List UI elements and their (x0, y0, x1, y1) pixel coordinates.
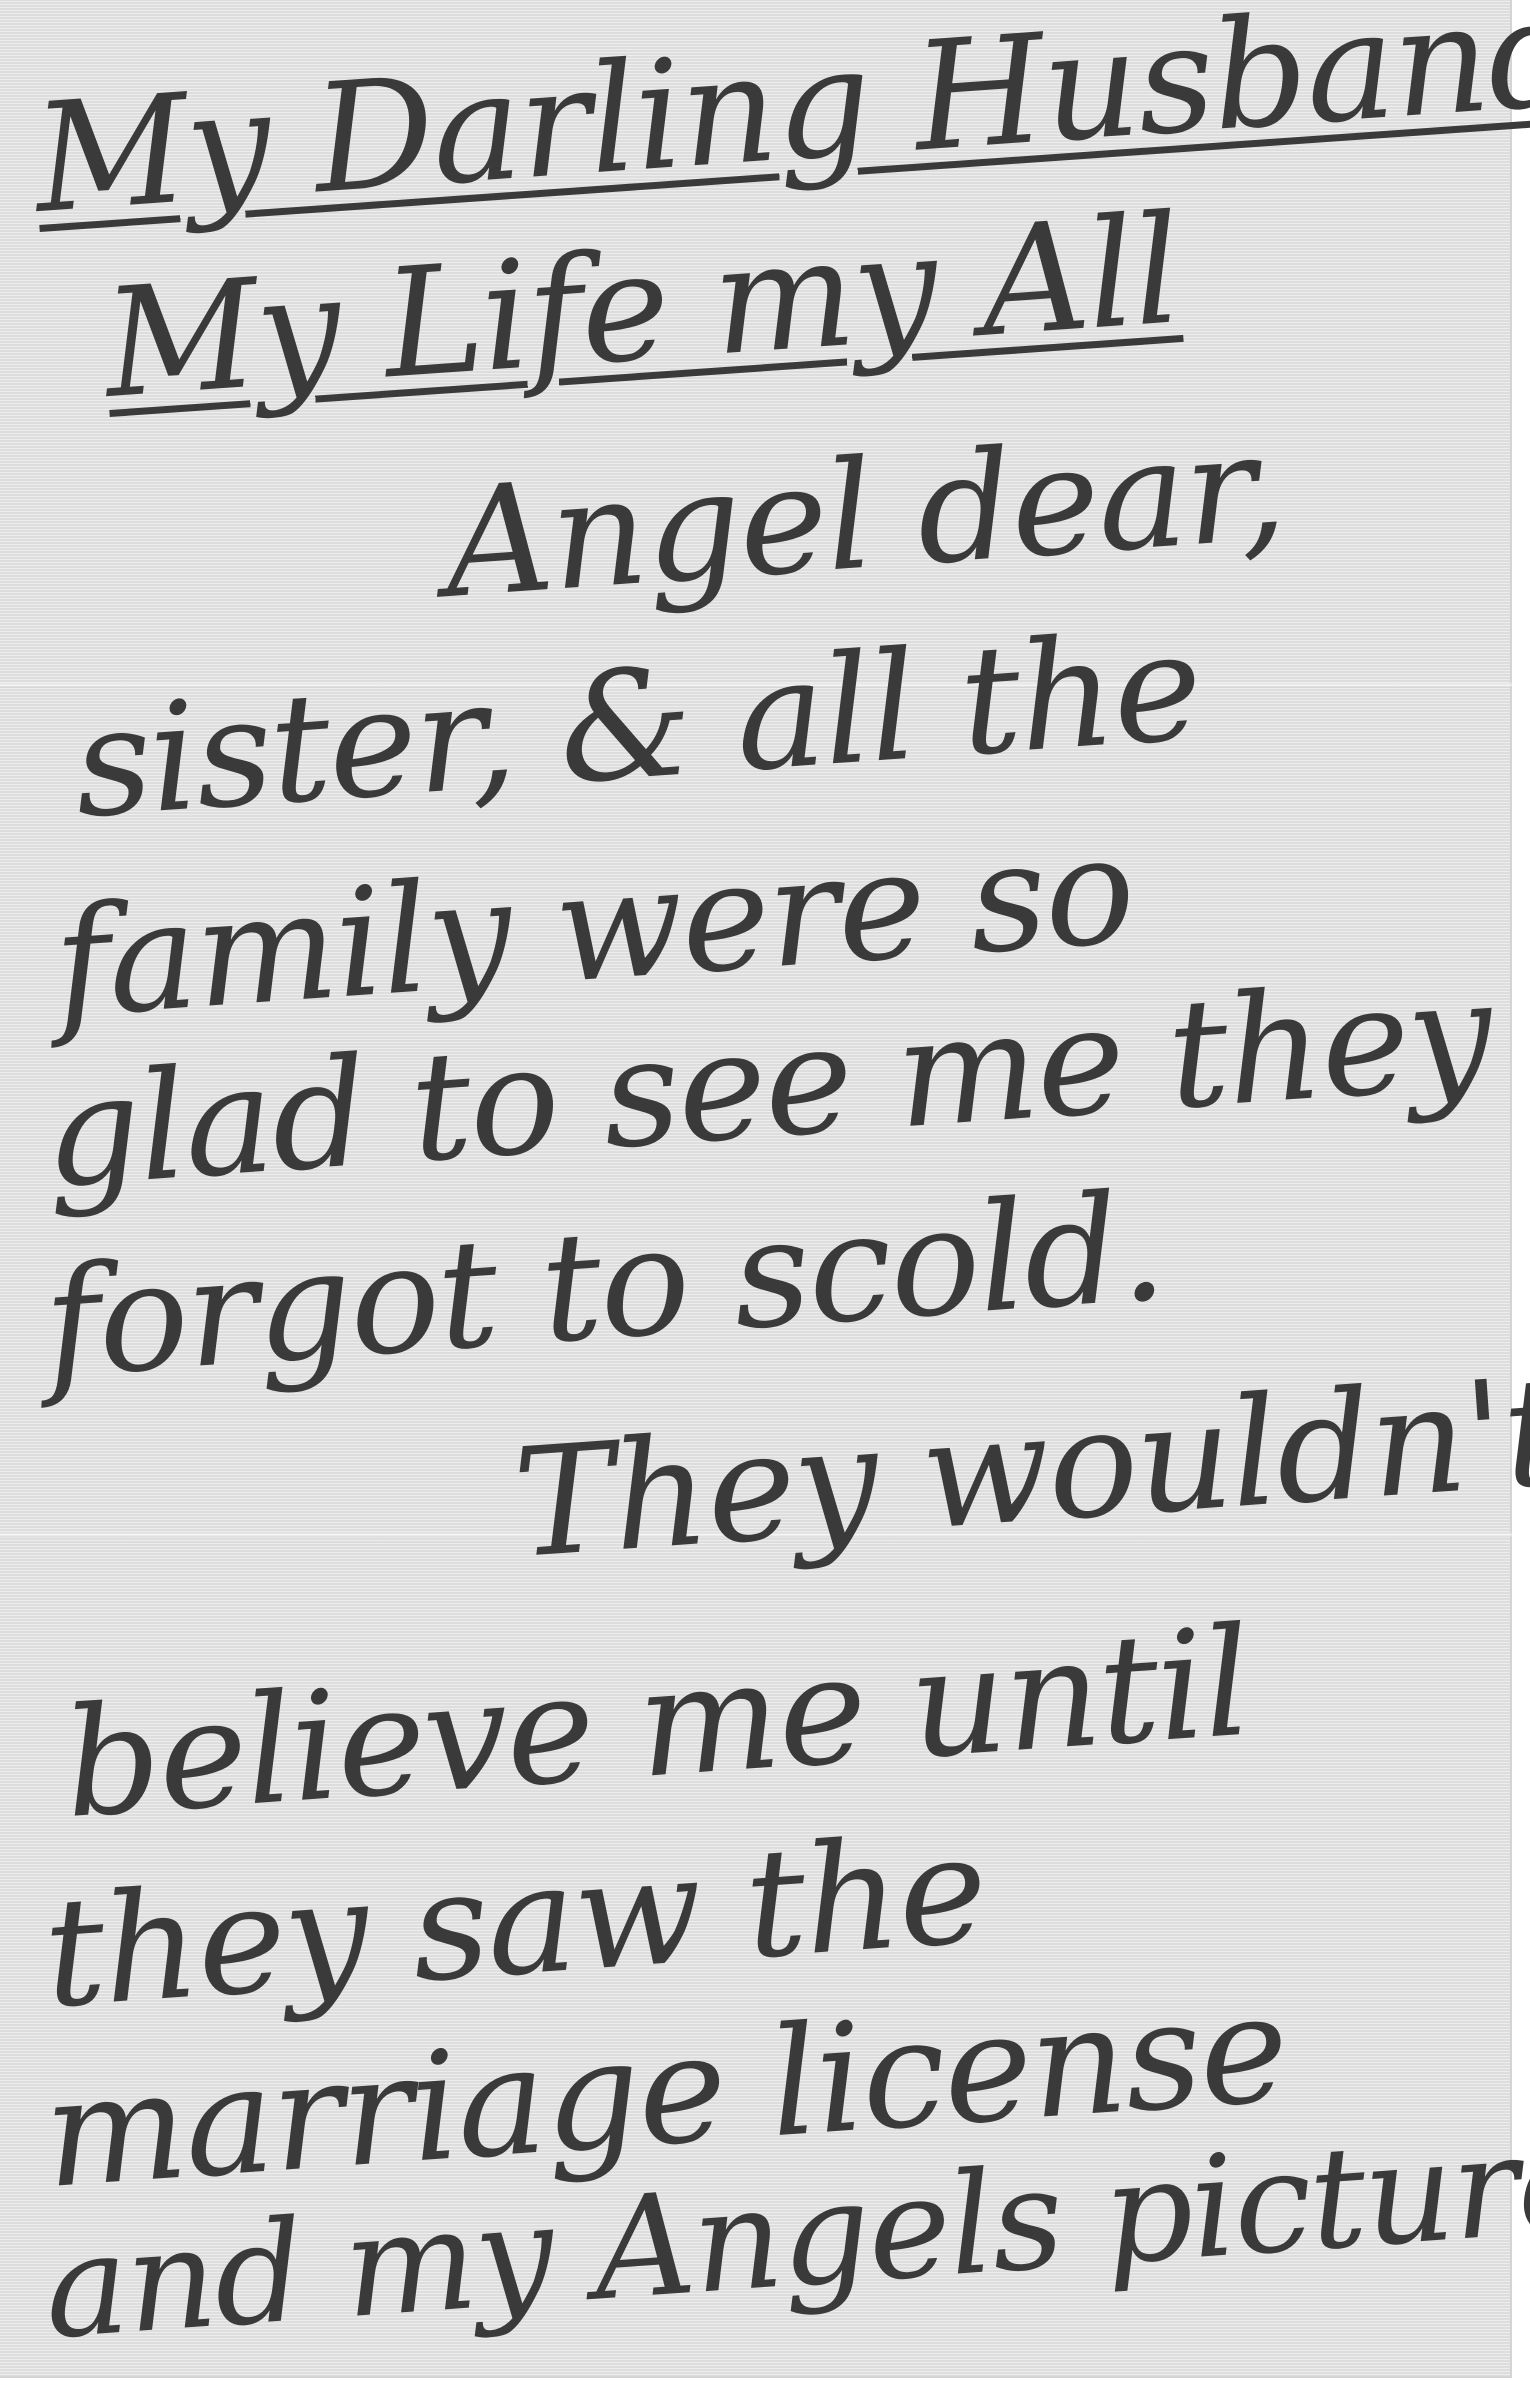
salutation-line: My Darling Husband (30, 0, 1530, 235)
letter-line: They wouldn't (510, 1357, 1530, 1580)
letter-page: My Darling Husband My Life my All Angel … (0, 0, 1512, 2378)
letter-line: Angel dear, (440, 412, 1289, 620)
letter-line: sister, & all the (70, 612, 1205, 840)
letter-line: believe me until (60, 1608, 1254, 1840)
